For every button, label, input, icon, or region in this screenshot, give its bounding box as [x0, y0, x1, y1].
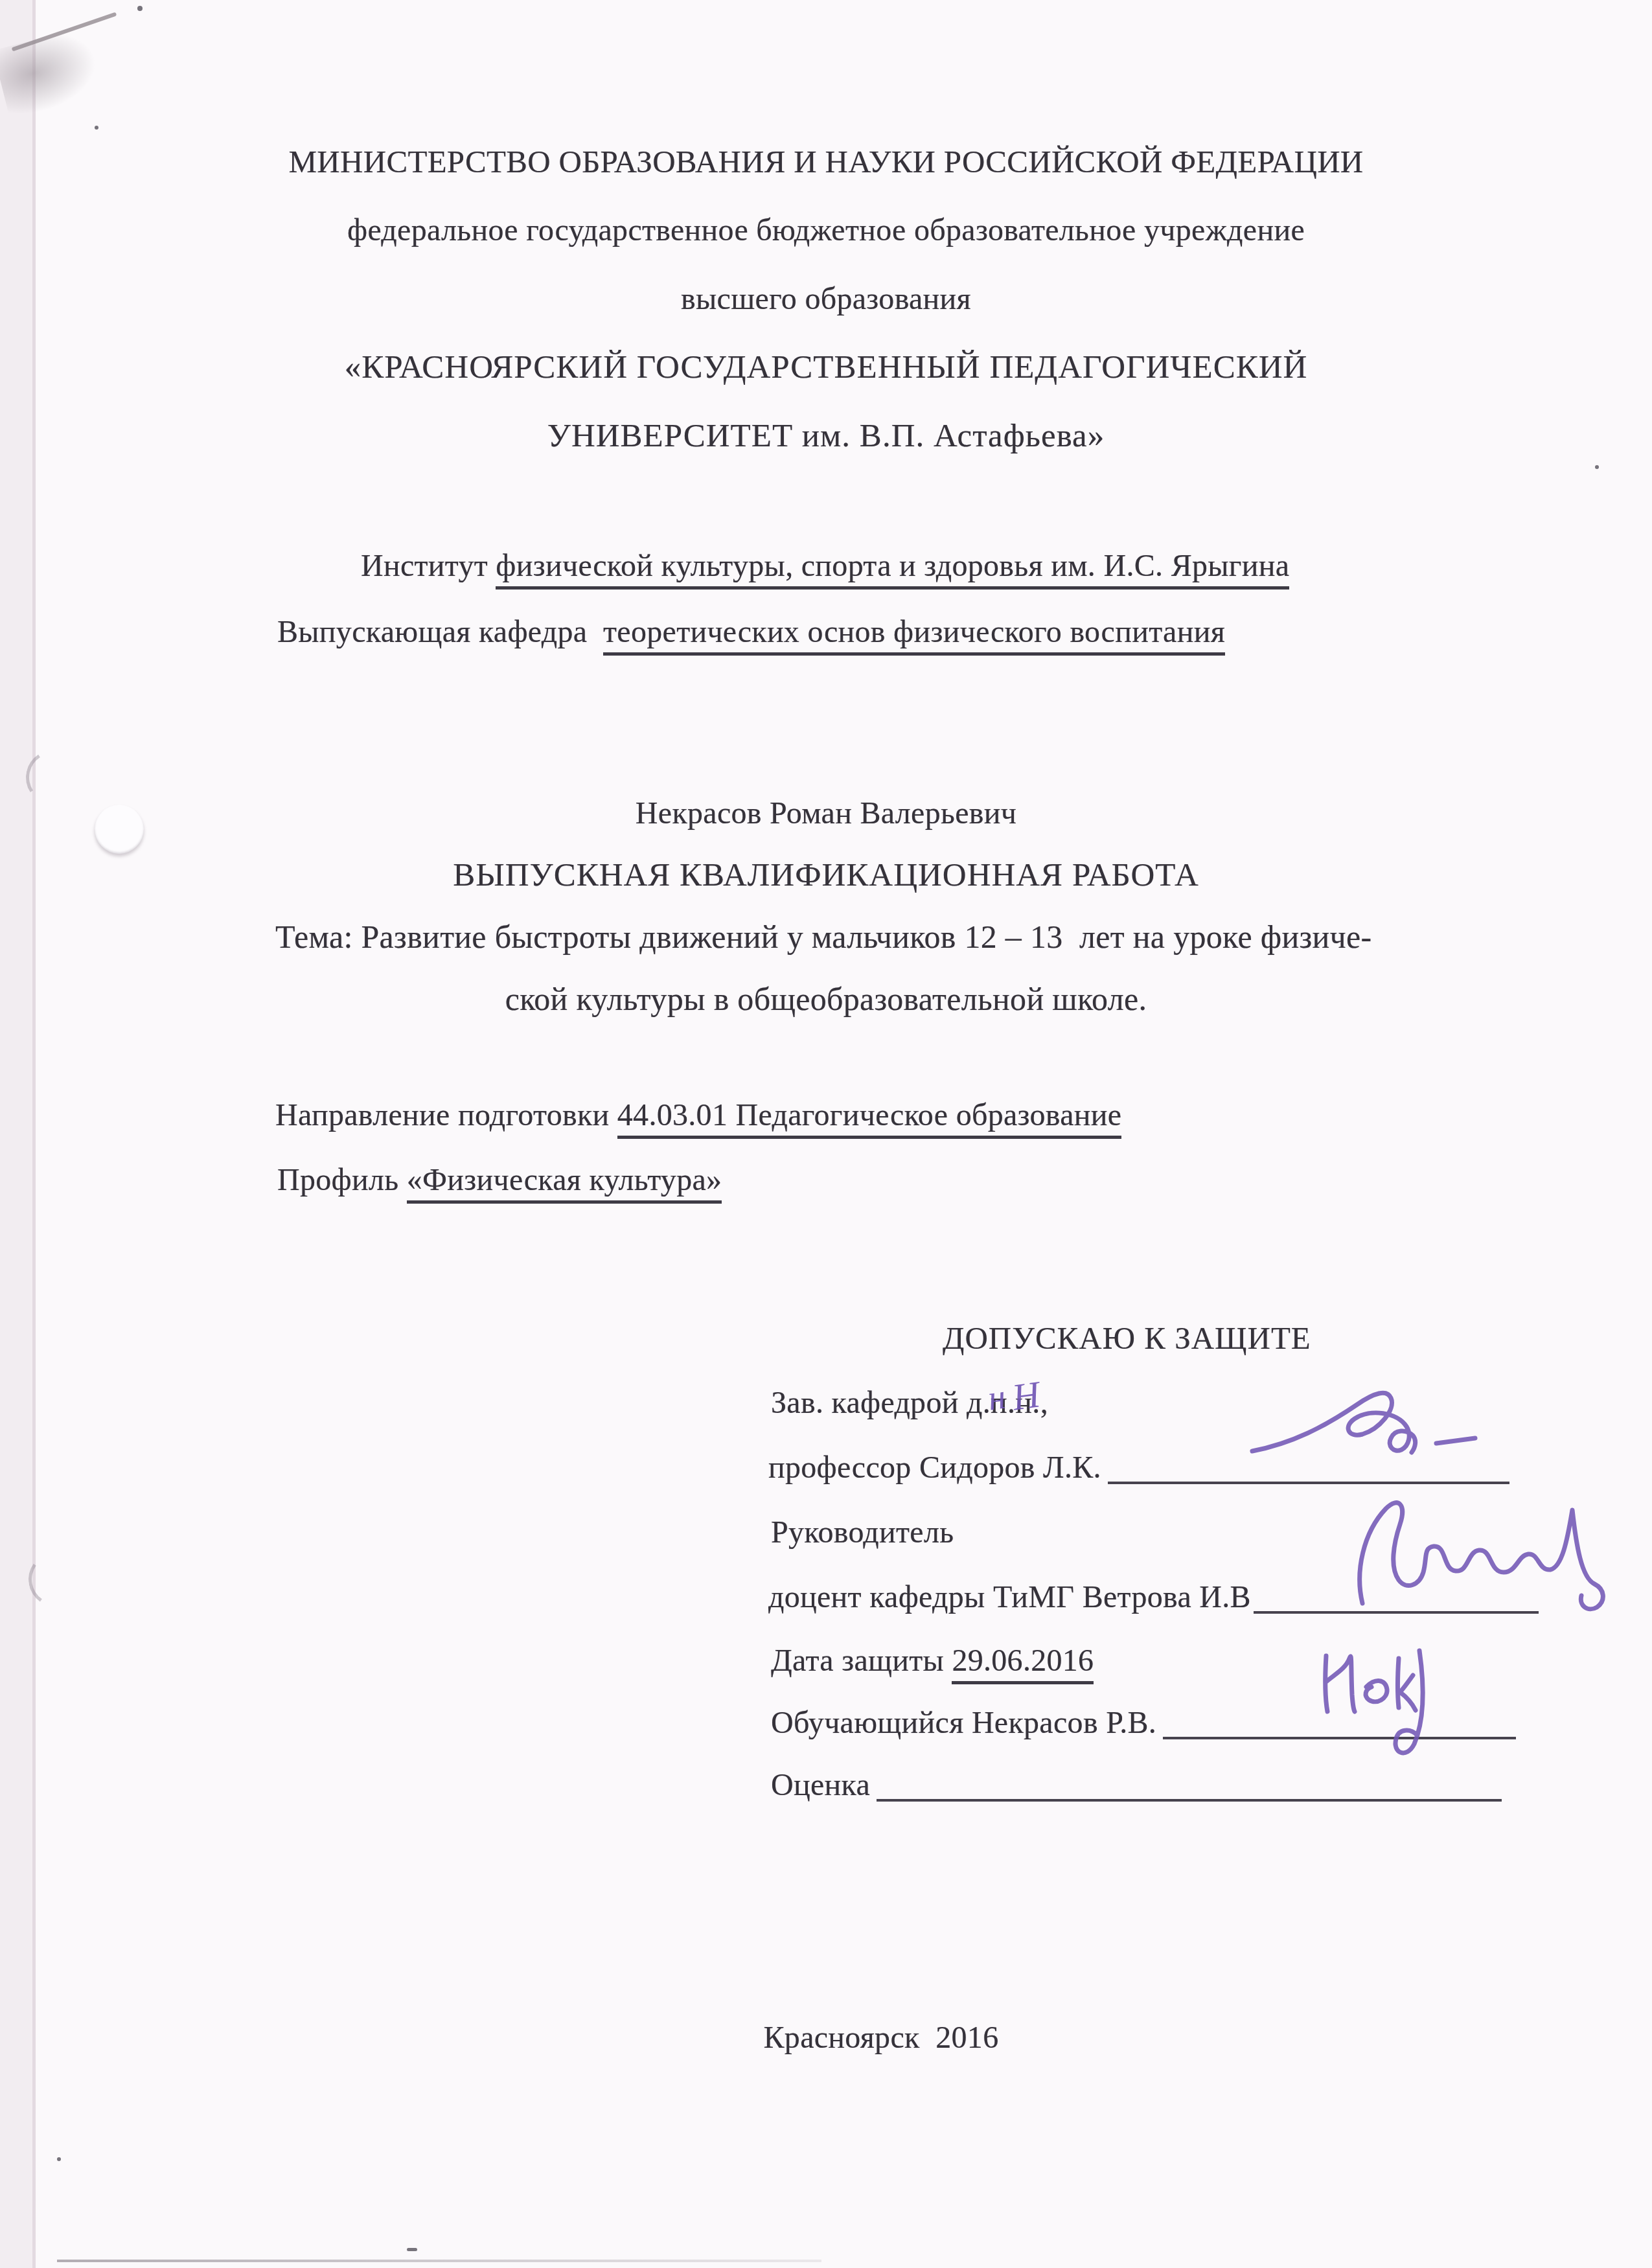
dept-head-line: Зав. кафедрой д.пн.нН., [771, 1385, 1048, 1421]
defense-date-line: Дата защиты 29.06.2016 [771, 1643, 1094, 1678]
dust-speck [57, 2157, 61, 2161]
institute-line: Институт физической культуры, спорта и з… [361, 548, 1289, 584]
profile-value: «Физическая культура» [407, 1163, 722, 1204]
grade-blank-line [877, 1794, 1502, 1802]
dust-speck [137, 6, 143, 11]
vetrova-signature [1344, 1487, 1616, 1629]
university-name-line2: УНИВЕРСИТЕТ им. В.П. Астафьева» [0, 417, 1652, 455]
direction-value: 44.03.01 Педагогическое образование [617, 1098, 1122, 1139]
defense-date-value: 29.06.2016 [952, 1644, 1094, 1684]
professor-label: профессор Сидоров Л.К. [768, 1450, 1101, 1485]
ink-correction: Н [1010, 1373, 1043, 1419]
institution-type-line2: высшего образования [0, 281, 1652, 317]
admit-title: ДОПУСКАЮ К ЗАЩИТЕ [943, 1320, 1311, 1357]
department-value: теоретических основ физического воспитан… [603, 615, 1225, 656]
institute-label: Институт [361, 549, 496, 583]
grade-line: Оценка [771, 1767, 1502, 1803]
institution-type-line1: федеральное государственное бюджетное об… [0, 212, 1652, 248]
direction-line: Направление подготовки 44.03.01 Педагоги… [275, 1097, 1121, 1133]
defense-date-label: Дата защиты [771, 1644, 952, 1678]
student-label: Обучающийся Некрасов Р.В. [771, 1706, 1156, 1740]
direction-label: Направление подготовки [275, 1098, 617, 1132]
supervisor-role: Руководитель [771, 1515, 954, 1550]
department-line: Выпускающая кафедра теоретических основ … [277, 614, 1225, 650]
grade-label: Оценка [771, 1768, 870, 1802]
department-label: Выпускающая кафедра [277, 615, 603, 649]
institute-value: физической культуры, спорта и здоровья и… [496, 549, 1289, 590]
ministry-line: МИНИСТЕРСТВО ОБРАЗОВАНИЯ И НАУКИ РОССИЙС… [0, 144, 1652, 180]
sidorov-signature [1247, 1367, 1493, 1490]
scanned-title-page: МИНИСТЕРСТВО ОБРАЗОВАНИЯ И НАУКИ РОССИЙС… [0, 0, 1652, 2268]
dust-speck [407, 2248, 417, 2251]
profile-line: Профиль «Физическая культура» [277, 1162, 722, 1198]
university-name-line1: «КРАСНОЯРСКИЙ ГОСУДАРСТВЕННЫЙ ПЕДАГОГИЧЕ… [0, 349, 1652, 387]
dust-speck [95, 126, 98, 130]
topic-line-1: Тема: Развитие быстроты движений у мальч… [275, 919, 1371, 956]
city-year: Красноярск 2016 [0, 2020, 1652, 2056]
work-type-title: ВЫПУСКНАЯ КВАЛИФИКАЦИОННАЯ РАБОТА [0, 856, 1652, 895]
profile-label: Профиль [277, 1163, 407, 1197]
supervisor-label: доцент кафедры ТиМГ Ветрова И.В [768, 1580, 1251, 1614]
dust-speck [1595, 465, 1599, 469]
corrected-letter-2: нН [1015, 1385, 1032, 1421]
nekrasov-signature [1312, 1632, 1441, 1762]
dept-head-prefix: Зав. кафедрой д. [771, 1386, 991, 1420]
paper-edge-shadow [0, 0, 39, 2268]
author-name: Некрасов Роман Валерьевич [0, 796, 1652, 831]
page-bottom-edge-shadow [57, 2260, 821, 2262]
corrected-letter-1: пн [991, 1385, 1007, 1421]
topic-line-2: ской культуры в общеобразовательной школ… [0, 981, 1652, 1018]
